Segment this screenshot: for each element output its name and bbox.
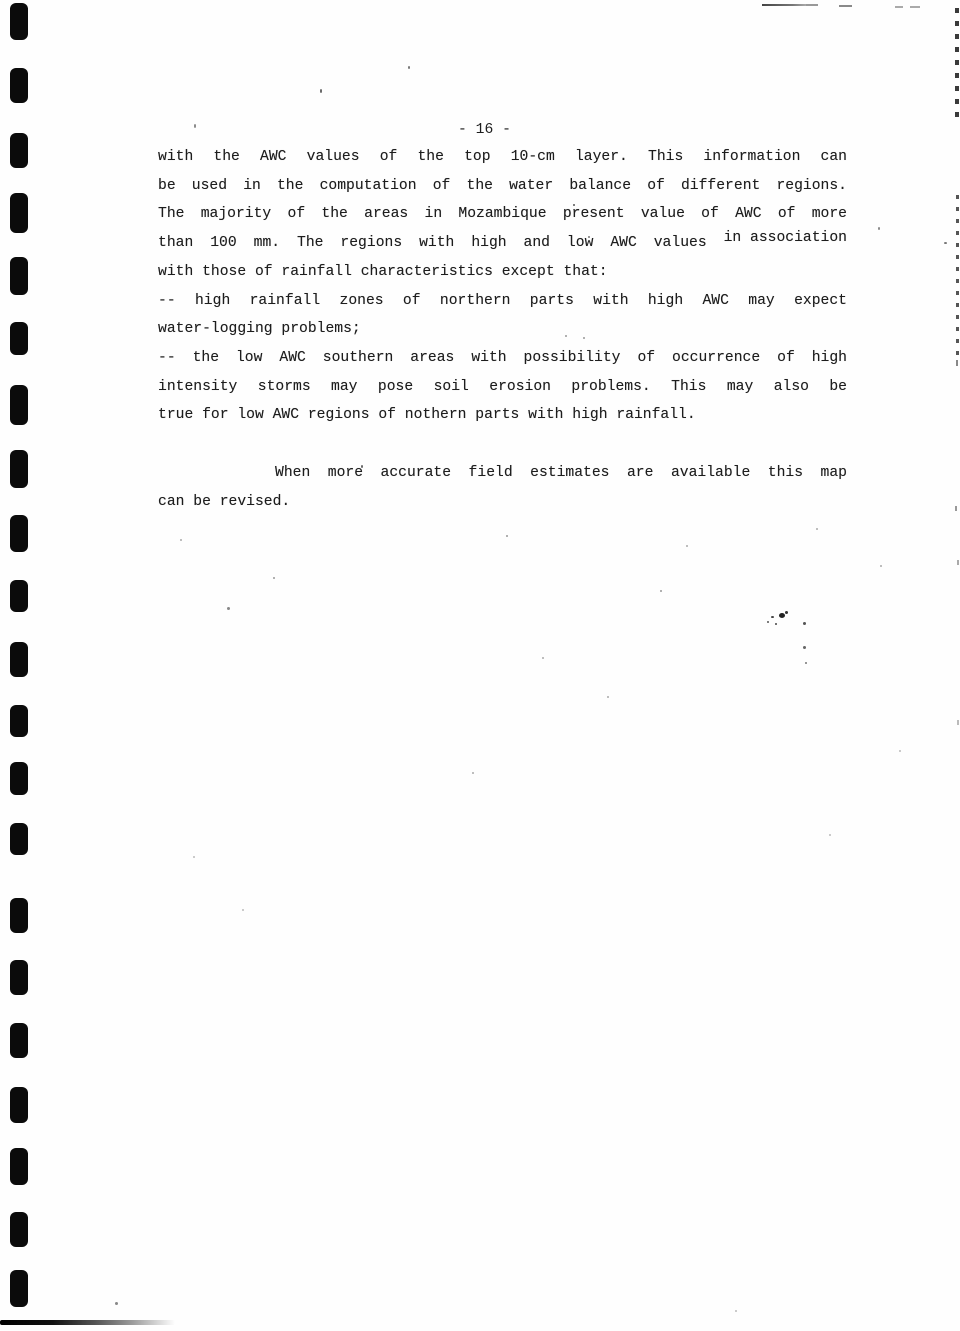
scan-speck <box>899 750 901 752</box>
bottom-edge-line <box>0 1320 175 1325</box>
text-line: with the AWC values of the top 10-cm lay… <box>158 143 847 172</box>
binding-hole-mark <box>10 1023 28 1058</box>
scan-speck <box>686 545 688 547</box>
scan-speck <box>803 622 806 625</box>
binding-hole-mark <box>10 257 28 295</box>
top-edge-dash <box>762 4 806 6</box>
right-edge-tick <box>957 560 959 565</box>
binding-hole-mark <box>10 515 28 552</box>
binding-hole-mark <box>10 705 28 737</box>
right-edge-tick <box>955 506 957 511</box>
text-line: can be revised. <box>158 488 847 517</box>
binding-hole-mark <box>10 580 28 612</box>
page-number: - 16 - <box>458 122 511 138</box>
scan-speck <box>180 539 182 541</box>
document-text: with the AWC values of the top 10-cm lay… <box>158 143 847 516</box>
scan-speck <box>472 772 474 774</box>
scan-speck <box>607 696 609 698</box>
scan-speck <box>735 1310 737 1312</box>
scan-speck <box>320 89 322 93</box>
top-edge-dash <box>839 5 852 7</box>
right-edge-marks <box>955 8 959 120</box>
binding-hole-mark <box>10 1212 28 1247</box>
scan-speck <box>361 465 363 468</box>
scan-speck <box>194 124 196 128</box>
binding-hole-mark <box>10 898 28 933</box>
binding-hole-mark <box>10 322 28 355</box>
text-line: When more accurate field estimates are a… <box>158 459 847 488</box>
scanned-document-page: - 16 - with the AWC values of the top 10… <box>0 0 960 1331</box>
binding-hole-mark <box>10 642 28 677</box>
top-edge-dash <box>806 4 818 6</box>
scan-speck <box>273 577 275 579</box>
scan-speck <box>115 1302 118 1305</box>
binding-hole-mark <box>10 68 28 103</box>
text-line: water-logging problems; <box>158 315 847 344</box>
scan-speck <box>565 335 567 337</box>
text-line: true for low AWC regions of nothern part… <box>158 401 847 430</box>
scan-speck <box>816 528 818 530</box>
text-line-part-raised: in association <box>724 224 847 253</box>
text-line: than 100 mm. The regions with high and l… <box>158 229 847 258</box>
scan-speck <box>944 242 947 244</box>
scan-speck <box>779 613 785 618</box>
binding-hole-mark <box>10 193 28 233</box>
text-line: with those of rainfall characteristics e… <box>158 258 847 287</box>
binding-hole-mark <box>10 762 28 795</box>
scan-speck <box>227 607 230 610</box>
scan-speck <box>878 227 880 230</box>
binding-hole-mark <box>10 960 28 995</box>
binding-hole-mark <box>10 3 28 40</box>
scan-speck <box>573 204 575 206</box>
right-edge-marks <box>956 195 959 357</box>
scan-speck <box>805 662 807 664</box>
top-edge-dash <box>895 6 903 8</box>
scan-speck <box>775 623 777 625</box>
binding-hole-mark <box>10 823 28 855</box>
binding-hole-mark <box>10 385 28 425</box>
binding-hole-mark <box>10 450 28 488</box>
binding-hole-mark <box>10 133 28 168</box>
scan-speck <box>542 657 544 659</box>
scan-speck <box>880 565 882 567</box>
text-line: intensity storms may pose soil erosion p… <box>158 373 847 402</box>
text-line-part: than 100 mm. The regions with high and l… <box>158 235 724 251</box>
top-edge-dash <box>910 6 920 8</box>
scan-speck <box>506 535 508 537</box>
binding-hole-mark <box>10 1148 28 1185</box>
scan-speck <box>767 621 769 623</box>
right-edge-tick <box>956 360 958 366</box>
scan-speck <box>785 611 788 614</box>
text-line: -- high rainfall zones of northern parts… <box>158 287 847 316</box>
scan-speck <box>242 909 244 911</box>
binding-hole-mark <box>10 1087 28 1123</box>
scan-speck <box>829 834 831 836</box>
scan-speck <box>193 856 195 858</box>
scan-speck <box>803 646 806 649</box>
binding-hole-mark <box>10 1270 28 1307</box>
right-edge-tick <box>957 720 959 725</box>
scan-speck <box>660 590 662 592</box>
text-line: be used in the computation of the water … <box>158 172 847 201</box>
scan-speck <box>408 66 410 69</box>
scan-speck <box>583 337 585 339</box>
scan-speck <box>771 616 774 618</box>
text-line: -- the low AWC southern areas with possi… <box>158 344 847 373</box>
scan-speck <box>588 236 590 238</box>
